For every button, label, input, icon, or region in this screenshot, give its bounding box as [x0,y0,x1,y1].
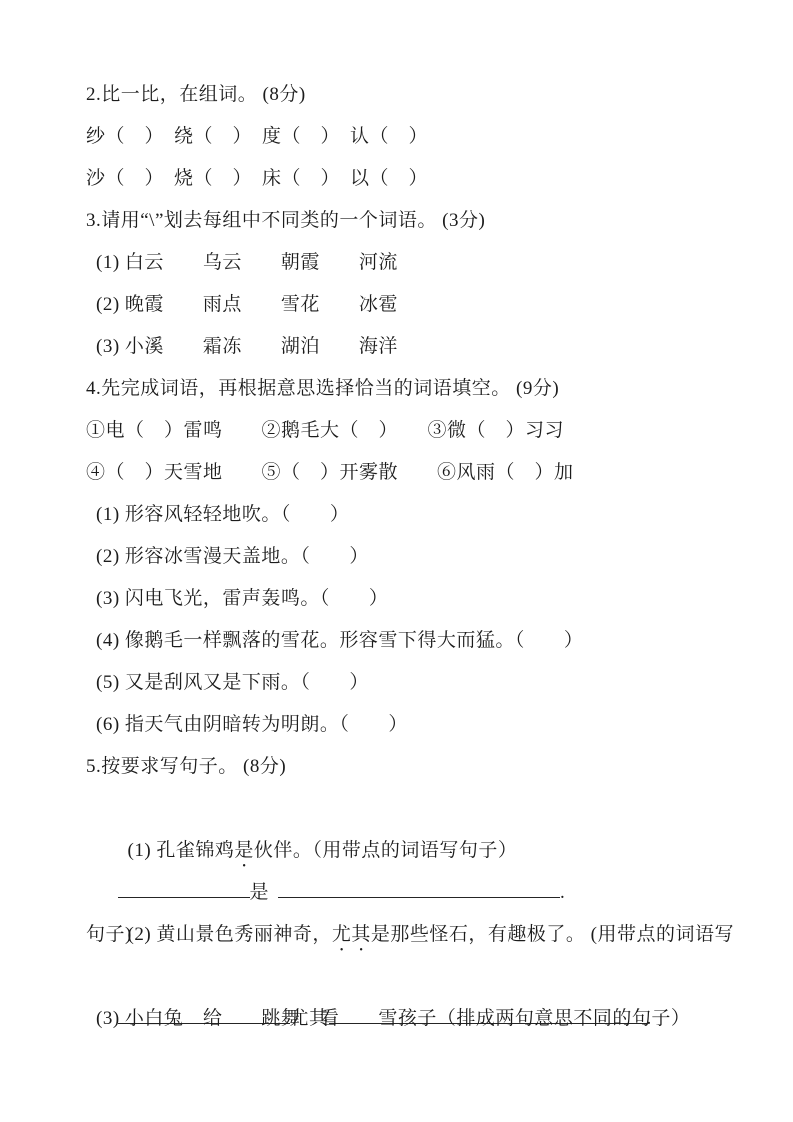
question-4-section: 4.先完成词语，再根据意思选择恰当的词语填空。 (9分) ①电（ ）雷鸣 ②鹅毛… [86,368,743,746]
q4-item-2: (2) 形容冰雪漫天盖地。（ ） [86,536,743,578]
q4-idiom-row-2: ④（ ）天雪地 ⑤（ ）开雾散 ⑥风雨（ ）加 [86,452,743,494]
q5-item-1: (1) 孔雀锦鸡是伙伴。（用带点的词语写句子） [86,788,743,830]
q2-title: 2.比一比，在组词。 (8分) [86,74,743,116]
q3-item-1: (1) 白云 乌云 朝霞 河流 [86,242,743,284]
q4-item-4: (4) 像鹅毛一样飘落的雪花。形容雪下得大而猛。（ ） [86,620,743,662]
answer-blank-underline [278,878,560,898]
q5-item-1-pre: (1) 孔雀锦鸡 [128,840,235,861]
q3-item-3: (3) 小溪 霜冻 湖泊 海洋 [86,326,743,368]
q5-item-1-post: 伙伴。（用带点的词语写句子） [254,840,518,861]
q5-answer-1-period: . [560,882,565,903]
q5-item-2-post: 是那些怪石，有趣极了。 (用带点的词语写 [371,924,734,945]
q4-item-6: (6) 指天气由阴暗转为明朗。（ ） [86,704,743,746]
q4-idiom-row-1: ①电（ ）雷鸣 ②鹅毛大（ ） ③微（ ）习习 [86,410,743,452]
q2-word-row-1: 纱（ ） 绕（ ） 度（ ） 认（ ） [86,116,743,158]
worksheet-page: 2.比一比，在组词。 (8分) 纱（ ） 绕（ ） 度（ ） 认（ ） 沙（ ）… [0,0,793,1122]
q4-item-1: (1) 形容风轻轻地吹。（ ） [86,494,743,536]
answer-blank-underline [118,878,250,898]
question-3-section: 3.请用“\”划去每组中不同类的一个词语。 (3分) (1) 白云 乌云 朝霞 … [86,200,743,368]
q5-answer-line-2: 尤其. [86,956,743,998]
q3-title: 3.请用“\”划去每组中不同类的一个词语。 (3分) [86,200,743,242]
q5-title: 5.按要求写句子。 (8分) [86,746,743,788]
q4-title: 4.先完成词语，再根据意思选择恰当的词语填空。 (9分) [86,368,743,410]
q5-item-1-emphasized-word: 是 [234,840,254,861]
question-2-section: 2.比一比，在组词。 (8分) 纱（ ） 绕（ ） 度（ ） 认（ ） 沙（ ）… [86,74,743,200]
q5-item-2-emphasized-word: 尤其 [332,924,371,945]
question-5-section: 5.按要求写句子。 (8分) (1) 孔雀锦鸡是伙伴。（用带点的词语写句子） 是… [86,746,743,1040]
q2-word-row-2: 沙（ ） 烧（ ） 床（ ） 以（ ） [86,158,743,200]
q5-item-3: (3) 小白兔 给 跳舞 看 雪孩子（排成两句意思不同的句子） [86,998,743,1040]
q4-item-3: (3) 闪电飞光，雷声轰鸣。（ ） [86,578,743,620]
q5-answer-1-word: 是 [250,882,270,903]
q4-item-5: (5) 又是刮风又是下雨。（ ） [86,662,743,704]
q3-item-2: (2) 晚霞 雨点 雪花 冰雹 [86,284,743,326]
q5-item-2-pre: (2) 黄山景色秀丽神奇， [128,924,332,945]
